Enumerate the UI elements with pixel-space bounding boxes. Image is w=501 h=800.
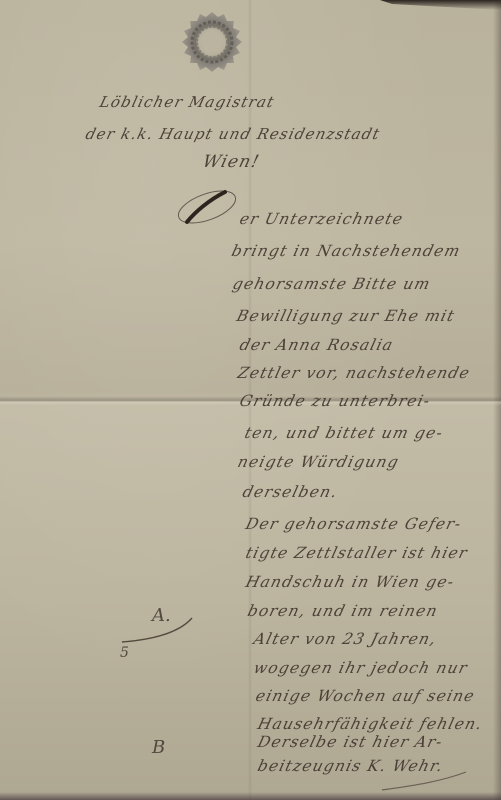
body-line: er Unterzeichnete bbox=[238, 210, 406, 228]
body-line: Bewilligung zur Ehe mit bbox=[235, 307, 457, 325]
body-line: neigte Würdigung bbox=[236, 453, 401, 471]
body-line: einige Wochen auf seine bbox=[254, 687, 477, 705]
body-line: boren, und im reinen bbox=[246, 602, 440, 620]
page-bottom-edge bbox=[0, 792, 501, 800]
closing-flourish bbox=[380, 770, 470, 792]
embossed-seal-icon bbox=[181, 11, 243, 73]
body-line: Derselbe ist hier Ar- bbox=[256, 733, 445, 751]
body-line: derselben. bbox=[241, 483, 340, 501]
body-line: gehorsamste Bitte um bbox=[231, 275, 433, 293]
body-line: Zettler vor, nachstehende bbox=[236, 364, 472, 382]
margin-mark-b: B bbox=[152, 737, 165, 758]
address-line-1: Löblicher Magistrat bbox=[98, 93, 277, 111]
margin-mark-a: A. bbox=[152, 605, 171, 626]
body-line: Der gehorsamste Gefer- bbox=[244, 515, 464, 533]
page-edge-shadow bbox=[380, 0, 501, 10]
body-line: bringt in Nachstehendem bbox=[230, 242, 463, 260]
margin-mark-a-sub: 5 bbox=[120, 645, 129, 661]
body-line: ten, und bittet um ge- bbox=[243, 424, 446, 442]
body-line: Gründe zu unterbrei- bbox=[238, 392, 433, 410]
body-line: Alter von 23 Jahren, bbox=[252, 630, 439, 648]
body-line: wogegen ihr jedoch nur bbox=[252, 659, 470, 677]
decorative-initial-d bbox=[173, 186, 245, 228]
address-line-2: der k.k. Haupt und Residenzstadt bbox=[84, 125, 383, 143]
address-line-3: Wien! bbox=[201, 152, 262, 172]
body-line: tigte Zettlstaller ist hier bbox=[244, 544, 470, 562]
body-line: Hausehrfähigkeit fehlen. bbox=[256, 715, 485, 733]
letter-page: Löblicher Magistrat der k.k. Haupt und R… bbox=[0, 0, 501, 800]
body-line: Handschuh in Wien ge- bbox=[244, 573, 457, 591]
body-line: der Anna Rosalia bbox=[238, 336, 396, 354]
